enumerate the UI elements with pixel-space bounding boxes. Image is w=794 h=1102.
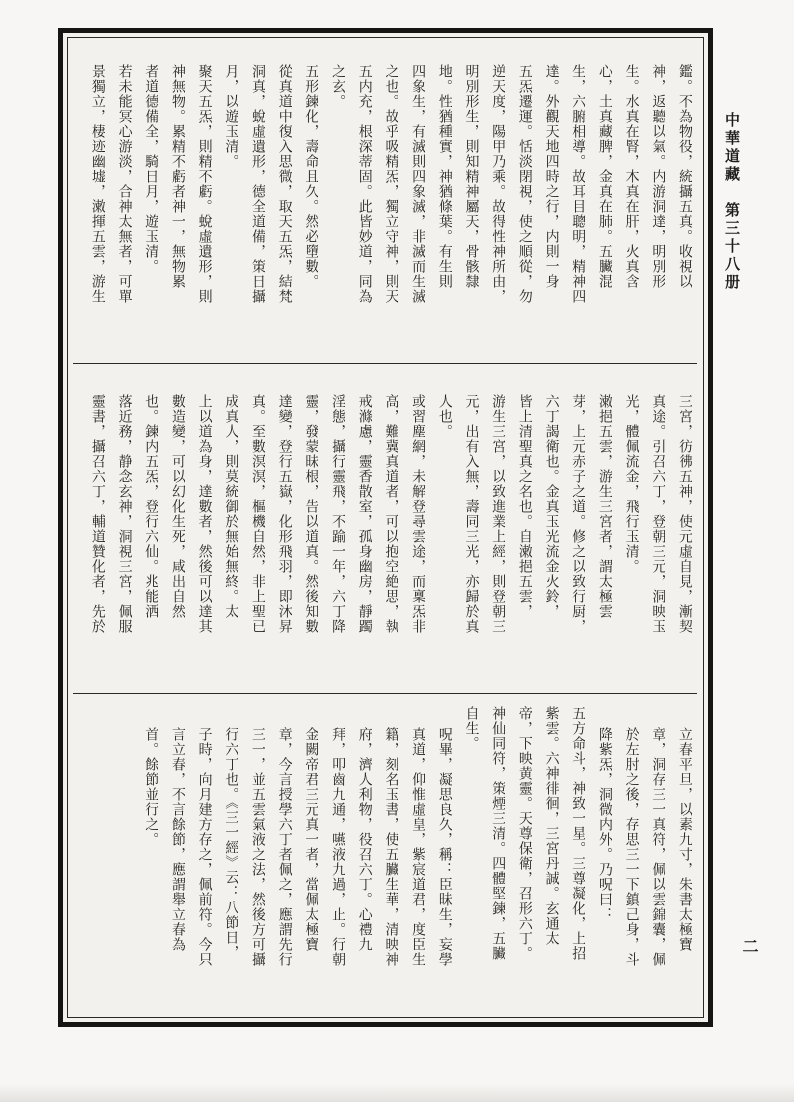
text-column: 聚天五炁，則精不虧。蛻虛遺形，則	[185, 64, 212, 350]
text-column: 地。性猶種實，神猶條葉。有生則	[425, 64, 452, 350]
text-column: 五内充，根深蒂固。此皆妙道，同為	[345, 64, 372, 350]
text-column: 者道德備全，騎日月，遊玉清。	[132, 64, 159, 350]
text-column: 生，六腑相導。故耳目聰明，精神四	[559, 64, 586, 350]
page-number: 二	[738, 938, 761, 954]
text-column: 數造變，可以幻化生死，咸出自然	[158, 394, 185, 680]
text-column: 明別形生，則知精神屬天，骨骸隸	[452, 64, 479, 350]
text-column: 靈，發蒙昧根，告以道真。然後知數	[292, 394, 319, 680]
text-column: 從真道中復入思微，取天五炁，結梵	[265, 64, 292, 350]
text-band-top: 鑑。不為物役，統攝五真。收視以神，返聽以氣。内游洞達，明別形生。水真在腎，木真在…	[78, 64, 692, 350]
text-band-bottom: 立春平旦，以素九寸，朱書太極寶章，洞存三一真符，佩以雲錦囊，佩於左肘之後，存思三…	[131, 706, 692, 1008]
text-column: 府，濟人利物，役召六丁。心禮九	[345, 706, 372, 1008]
text-column: 之也。故乎吸精炁，獨立守神，則天	[372, 64, 399, 350]
text-column: 行六丁也。《三一經》云：八節日，	[212, 706, 239, 1008]
text-column: 五形鍊化，壽命且久。然必墮數。	[292, 64, 319, 350]
text-column: 也。鍊内五炁，登行六仙。兆能洒	[132, 394, 159, 680]
band-separator-lower	[73, 693, 697, 694]
text-column: 神仙同符，策煙三清。四體堅鍊，五臟	[479, 706, 506, 1008]
text-column: 高，難冀真道者，可以抱空絶思，執	[372, 394, 399, 680]
text-column: 自生。	[452, 706, 479, 1008]
text-column: 拜，叩齒九通，嚥液九過，止。行朝	[318, 706, 345, 1008]
text-column: 若未能冥心游淡，合神太無者，可單	[105, 64, 132, 350]
text-column: 光，體佩流金，飛行玉清。	[612, 394, 639, 680]
text-column: 金闕帝君三元真一者，當佩太極寶	[292, 706, 319, 1008]
text-column: 成真人，則莫統御於無始無終。太	[212, 394, 239, 680]
text-column: 鑑。不為物役，統攝五真。收視以	[665, 64, 692, 350]
text-column: 生。水真在腎，木真在肝，火真含	[612, 64, 639, 350]
scan-edge-shadow	[0, 1084, 794, 1102]
band-separator-upper	[73, 363, 697, 364]
volume-label: 中華道藏 第三十八册	[722, 112, 743, 372]
text-column: 章，洞存三一真符，佩以雲錦囊，佩	[639, 706, 666, 1008]
text-column: 達變，登行五嶽，化形飛羽，即沐昇	[265, 394, 292, 680]
text-column: 帝，下映黄靈。天尊保衛，召形六丁。	[505, 706, 532, 1008]
text-column: 子時，向月建方存之，佩前符。今只	[185, 706, 212, 1008]
text-column: 呪畢，凝思良久，稱：臣昧生，妄學	[425, 706, 452, 1008]
text-column: 籍，刻名玉書，使五臟生華，清映神	[372, 706, 399, 1008]
text-column: 真途。引召六丁，登朝三元，洞映玉	[639, 394, 666, 680]
text-column: 洞真，蛻虛遺形，德全道備，策日攝	[238, 64, 265, 350]
text-column: 戒滌慮，靈香散室，孤身幽房，靜躅	[345, 394, 372, 680]
text-column: 心，土真藏脾，金真在肺。五臟混	[585, 64, 612, 350]
text-column: 元，出有入無，壽同三光，亦歸於真	[452, 394, 479, 680]
text-column: 三一，並五雲氣液之法，然後方可攝	[238, 706, 265, 1008]
text-column: 神，返聽以氣。内游洞達，明別形	[639, 64, 666, 350]
text-column: 游生三宮，以致進業上經，則登朝三	[479, 394, 506, 680]
text-column: 逆天度，陽甲乃乘。故得性神所由，	[479, 64, 506, 350]
text-column: 月，以遊玉清。	[212, 64, 239, 350]
text-column: 人也。	[425, 394, 452, 680]
text-column: 首。餘節並行之。	[132, 706, 159, 1008]
text-column: 六丁謁衛也。金真玉光流金火鈴，	[532, 394, 559, 680]
text-column: 景獨立，棲迹幽墟，潄揮五雲，游生	[78, 64, 105, 350]
text-column: 皆上清聖真之名也。自潄挹五雲，	[505, 394, 532, 680]
text-column: 三宮，彷彿五神，使元虛自見，漸契	[665, 394, 692, 680]
text-column: 上以道為身，達數者，然後可以達其	[185, 394, 212, 680]
text-column: 四象生，有滅則四象滅，非滅而生滅	[398, 64, 425, 350]
text-column: 五炁遷運。恬淡閉視，使之順從，勿	[505, 64, 532, 350]
text-column: 芽，上元赤子之道。修之以致行厨，	[559, 394, 586, 680]
text-column: 真道，仰惟虛皇，紫宸道君，度臣生	[398, 706, 425, 1008]
text-column: 五方命斗，神致一星。三尊凝化，上招	[559, 706, 586, 1008]
text-column: 於左肘之後，存思三一下鎮己身，斗	[612, 706, 639, 1008]
text-column: 淫態，攝行靈飛，不踰一年，六丁降	[318, 394, 345, 680]
text-column: 落近務，静念玄神，洞視三宮，佩服	[105, 394, 132, 680]
text-column: 或習塵網，未解登尋雲途，而稟炁非	[398, 394, 425, 680]
text-column: 神無物。累精不虧者神一，無物累	[158, 64, 185, 350]
text-band-middle: 三宮，彷彿五神，使元虛自見，漸契真途。引召六丁，登朝三元，洞映玉光，體佩流金，飛…	[78, 394, 692, 680]
text-column: 潄挹五雲，游生三宮者，謂太極雲	[585, 394, 612, 680]
text-column: 言立春，不言餘節，應謂舉立春為	[158, 706, 185, 1008]
text-column: 章，今言授學六丁者佩之，應謂先行	[265, 706, 292, 1008]
text-column: 靈書，攝召六丁，輔道贊化者，先於	[78, 394, 105, 680]
text-column: 達。外觀天地四時之行，内則一身	[532, 64, 559, 350]
text-column: 降紫炁，洞微内外。乃呪曰：	[585, 706, 612, 1008]
text-column: 之玄。	[318, 64, 345, 350]
text-column: 真。至數溟溟，樞機自然，非上聖已	[238, 394, 265, 680]
text-column: 紫雲。六神徘徊，三宮丹誠。玄通太	[532, 706, 559, 1008]
text-column: 立春平旦，以素九寸，朱書太極寶	[665, 706, 692, 1008]
